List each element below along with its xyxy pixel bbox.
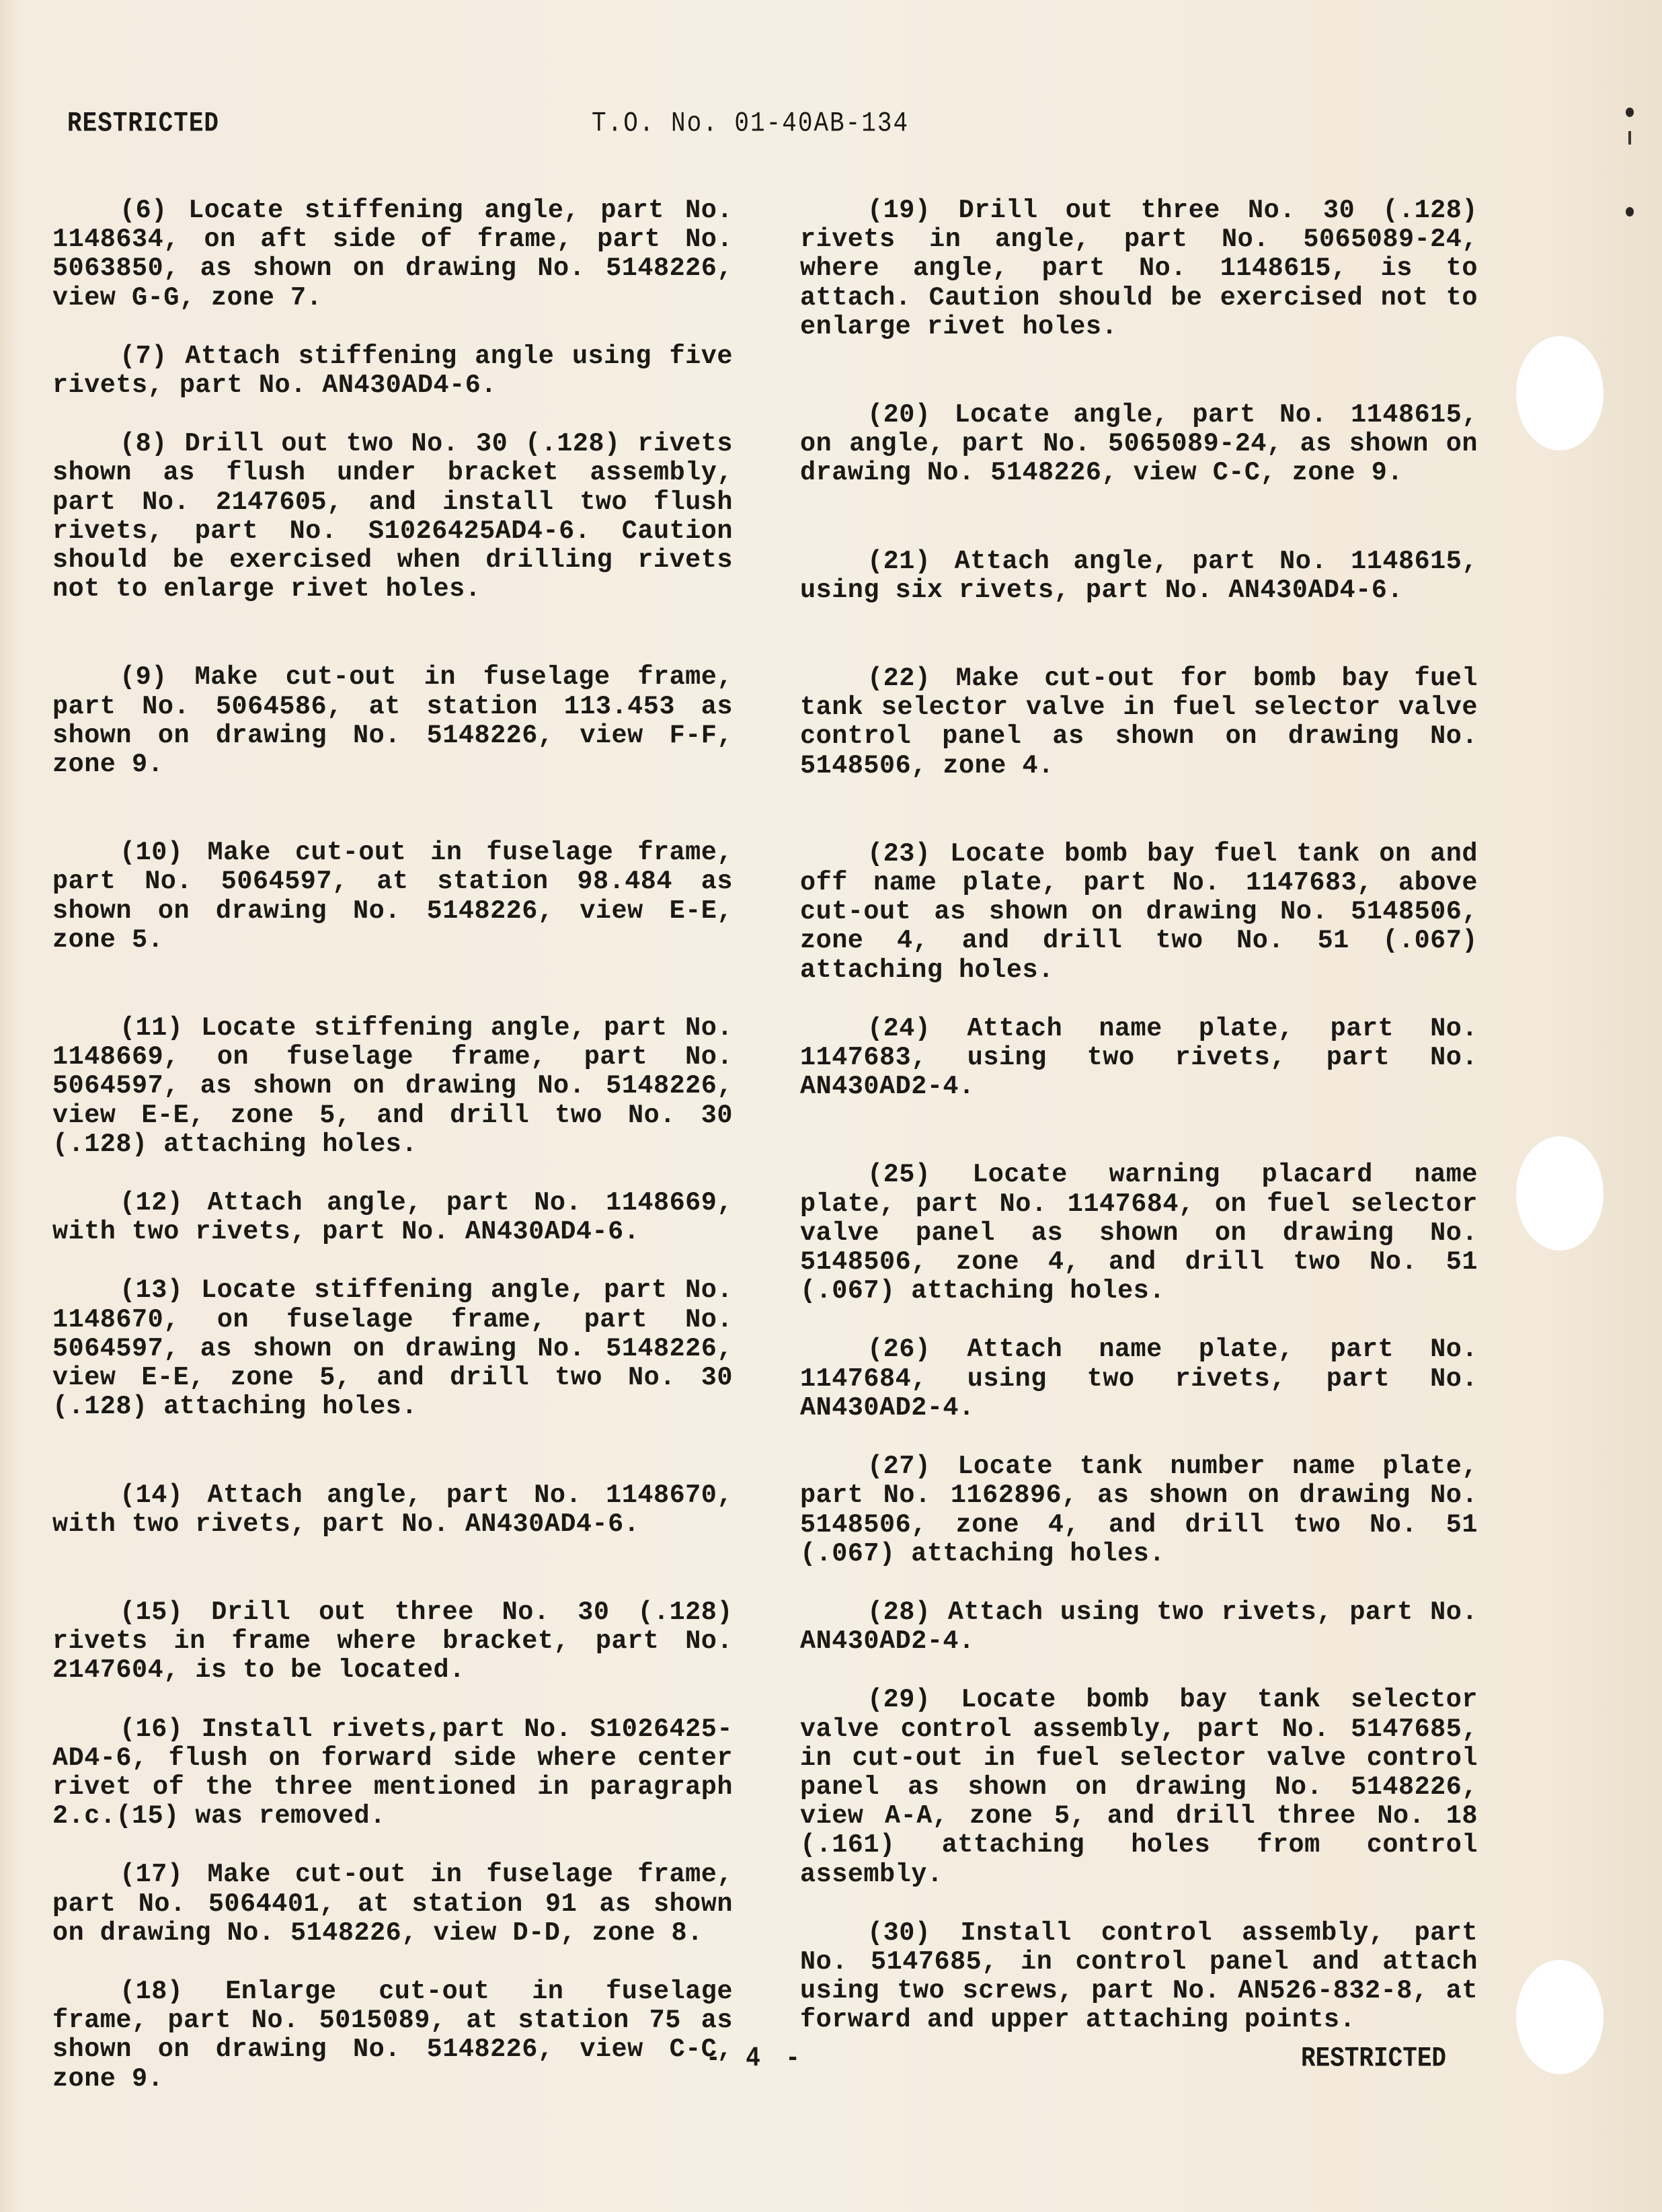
step-number: (20) — [867, 400, 931, 430]
instruction-paragraph: (18) Enlarge cut-out in fuselage frame, … — [52, 1977, 733, 2094]
step-number: (30) — [867, 1918, 931, 1948]
instruction-paragraph: (21) Attach angle, part No. 1148615, usi… — [800, 547, 1478, 605]
step-number: (23) — [867, 839, 931, 869]
step-number: (13) — [120, 1275, 183, 1305]
step-number: (25) — [867, 1160, 931, 1189]
right-column: (19) Drill out three No. 30 (.128) rivet… — [800, 196, 1478, 2035]
instruction-paragraph: (16) Install rivets,part No. S1026425-AD… — [52, 1715, 733, 1831]
step-number: (24) — [867, 1014, 931, 1043]
instruction-paragraph: (9) Make cut-out in fuselage frame, part… — [52, 663, 733, 779]
instruction-paragraph: (20) Locate angle, part No. 1148615, on … — [800, 401, 1478, 488]
document-number: T.O. No. 01-40AB-134 — [592, 108, 909, 139]
step-number: (18) — [120, 1977, 183, 2006]
instruction-paragraph: (29) Locate bomb bay tank selector valve… — [800, 1686, 1478, 1889]
step-number: (11) — [120, 1013, 183, 1043]
step-number: (12) — [120, 1188, 183, 1218]
instruction-paragraph: (13) Locate stiffening angle, part No. 1… — [52, 1276, 733, 1421]
instruction-paragraph: (30) Install control assembly, part No. … — [800, 1919, 1478, 2035]
step-number: (8) — [120, 429, 167, 459]
instruction-paragraph: (17) Make cut-out in fuselage frame, par… — [52, 1860, 733, 1948]
instruction-paragraph: (15) Drill out three No. 30 (.128) rivet… — [52, 1598, 733, 1686]
step-number: (17) — [120, 1860, 183, 1889]
binder-mark — [1626, 108, 1634, 117]
instruction-paragraph: (7) Attach stiffening angle using five r… — [52, 342, 733, 400]
step-number: (7) — [120, 342, 167, 371]
step-number: (6) — [120, 196, 167, 225]
instruction-paragraph: (22) Make cut-out for bomb bay fuel tank… — [800, 664, 1478, 781]
punch-hole — [1516, 1960, 1604, 2074]
step-number: (22) — [867, 664, 931, 693]
instruction-paragraph: (19) Drill out three No. 30 (.128) rivet… — [800, 196, 1478, 342]
page-number: - 4 - — [706, 2043, 805, 2074]
instruction-paragraph: (27) Locate tank number name plate, part… — [800, 1452, 1478, 1569]
instruction-paragraph: (25) Locate warning placard name plate, … — [800, 1160, 1478, 1306]
instruction-paragraph: (14) Attach angle, part No. 1148670, wit… — [52, 1481, 733, 1539]
punch-hole — [1516, 336, 1604, 450]
step-number: (14) — [120, 1480, 183, 1510]
step-number: (19) — [867, 196, 931, 225]
header-classification: RESTRICTED — [67, 108, 219, 139]
instruction-paragraph: (28) Attach using two rivets, part No. A… — [800, 1598, 1478, 1656]
step-number: (27) — [867, 1452, 931, 1481]
step-number: (9) — [120, 662, 167, 692]
step-number: (10) — [120, 838, 183, 867]
instruction-paragraph: (23) Locate bomb bay fuel tank on and of… — [800, 840, 1478, 985]
step-number: (29) — [867, 1685, 931, 1714]
instruction-paragraph: (24) Attach name plate, part No. 1147683… — [800, 1015, 1478, 1102]
step-number: (26) — [867, 1335, 931, 1364]
instruction-paragraph: (26) Attach name plate, part No. 1147684… — [800, 1335, 1478, 1423]
instruction-paragraph: (6) Locate stiffening angle, part No. 11… — [52, 196, 733, 313]
punch-hole — [1516, 1136, 1604, 1251]
step-number: (21) — [867, 547, 931, 576]
instruction-paragraph: (11) Locate stiffening angle, part No. 1… — [52, 1014, 733, 1159]
step-number: (15) — [120, 1597, 183, 1627]
left-column: (6) Locate stiffening angle, part No. 11… — [52, 196, 733, 2094]
binder-mark — [1628, 131, 1631, 145]
binder-mark — [1626, 207, 1634, 216]
instruction-paragraph: (12) Attach angle, part No. 1148669, wit… — [52, 1189, 733, 1247]
footer-classification: RESTRICTED — [1301, 2043, 1446, 2074]
instruction-paragraph: (10) Make cut-out in fuselage frame, par… — [52, 838, 733, 955]
step-number: (16) — [120, 1714, 183, 1744]
step-number: (28) — [867, 1597, 931, 1627]
instruction-paragraph: (8) Drill out two No. 30 (.128) rivets s… — [52, 430, 733, 604]
step-text: Locate bomb bay tank selector valve cont… — [800, 1685, 1478, 1889]
